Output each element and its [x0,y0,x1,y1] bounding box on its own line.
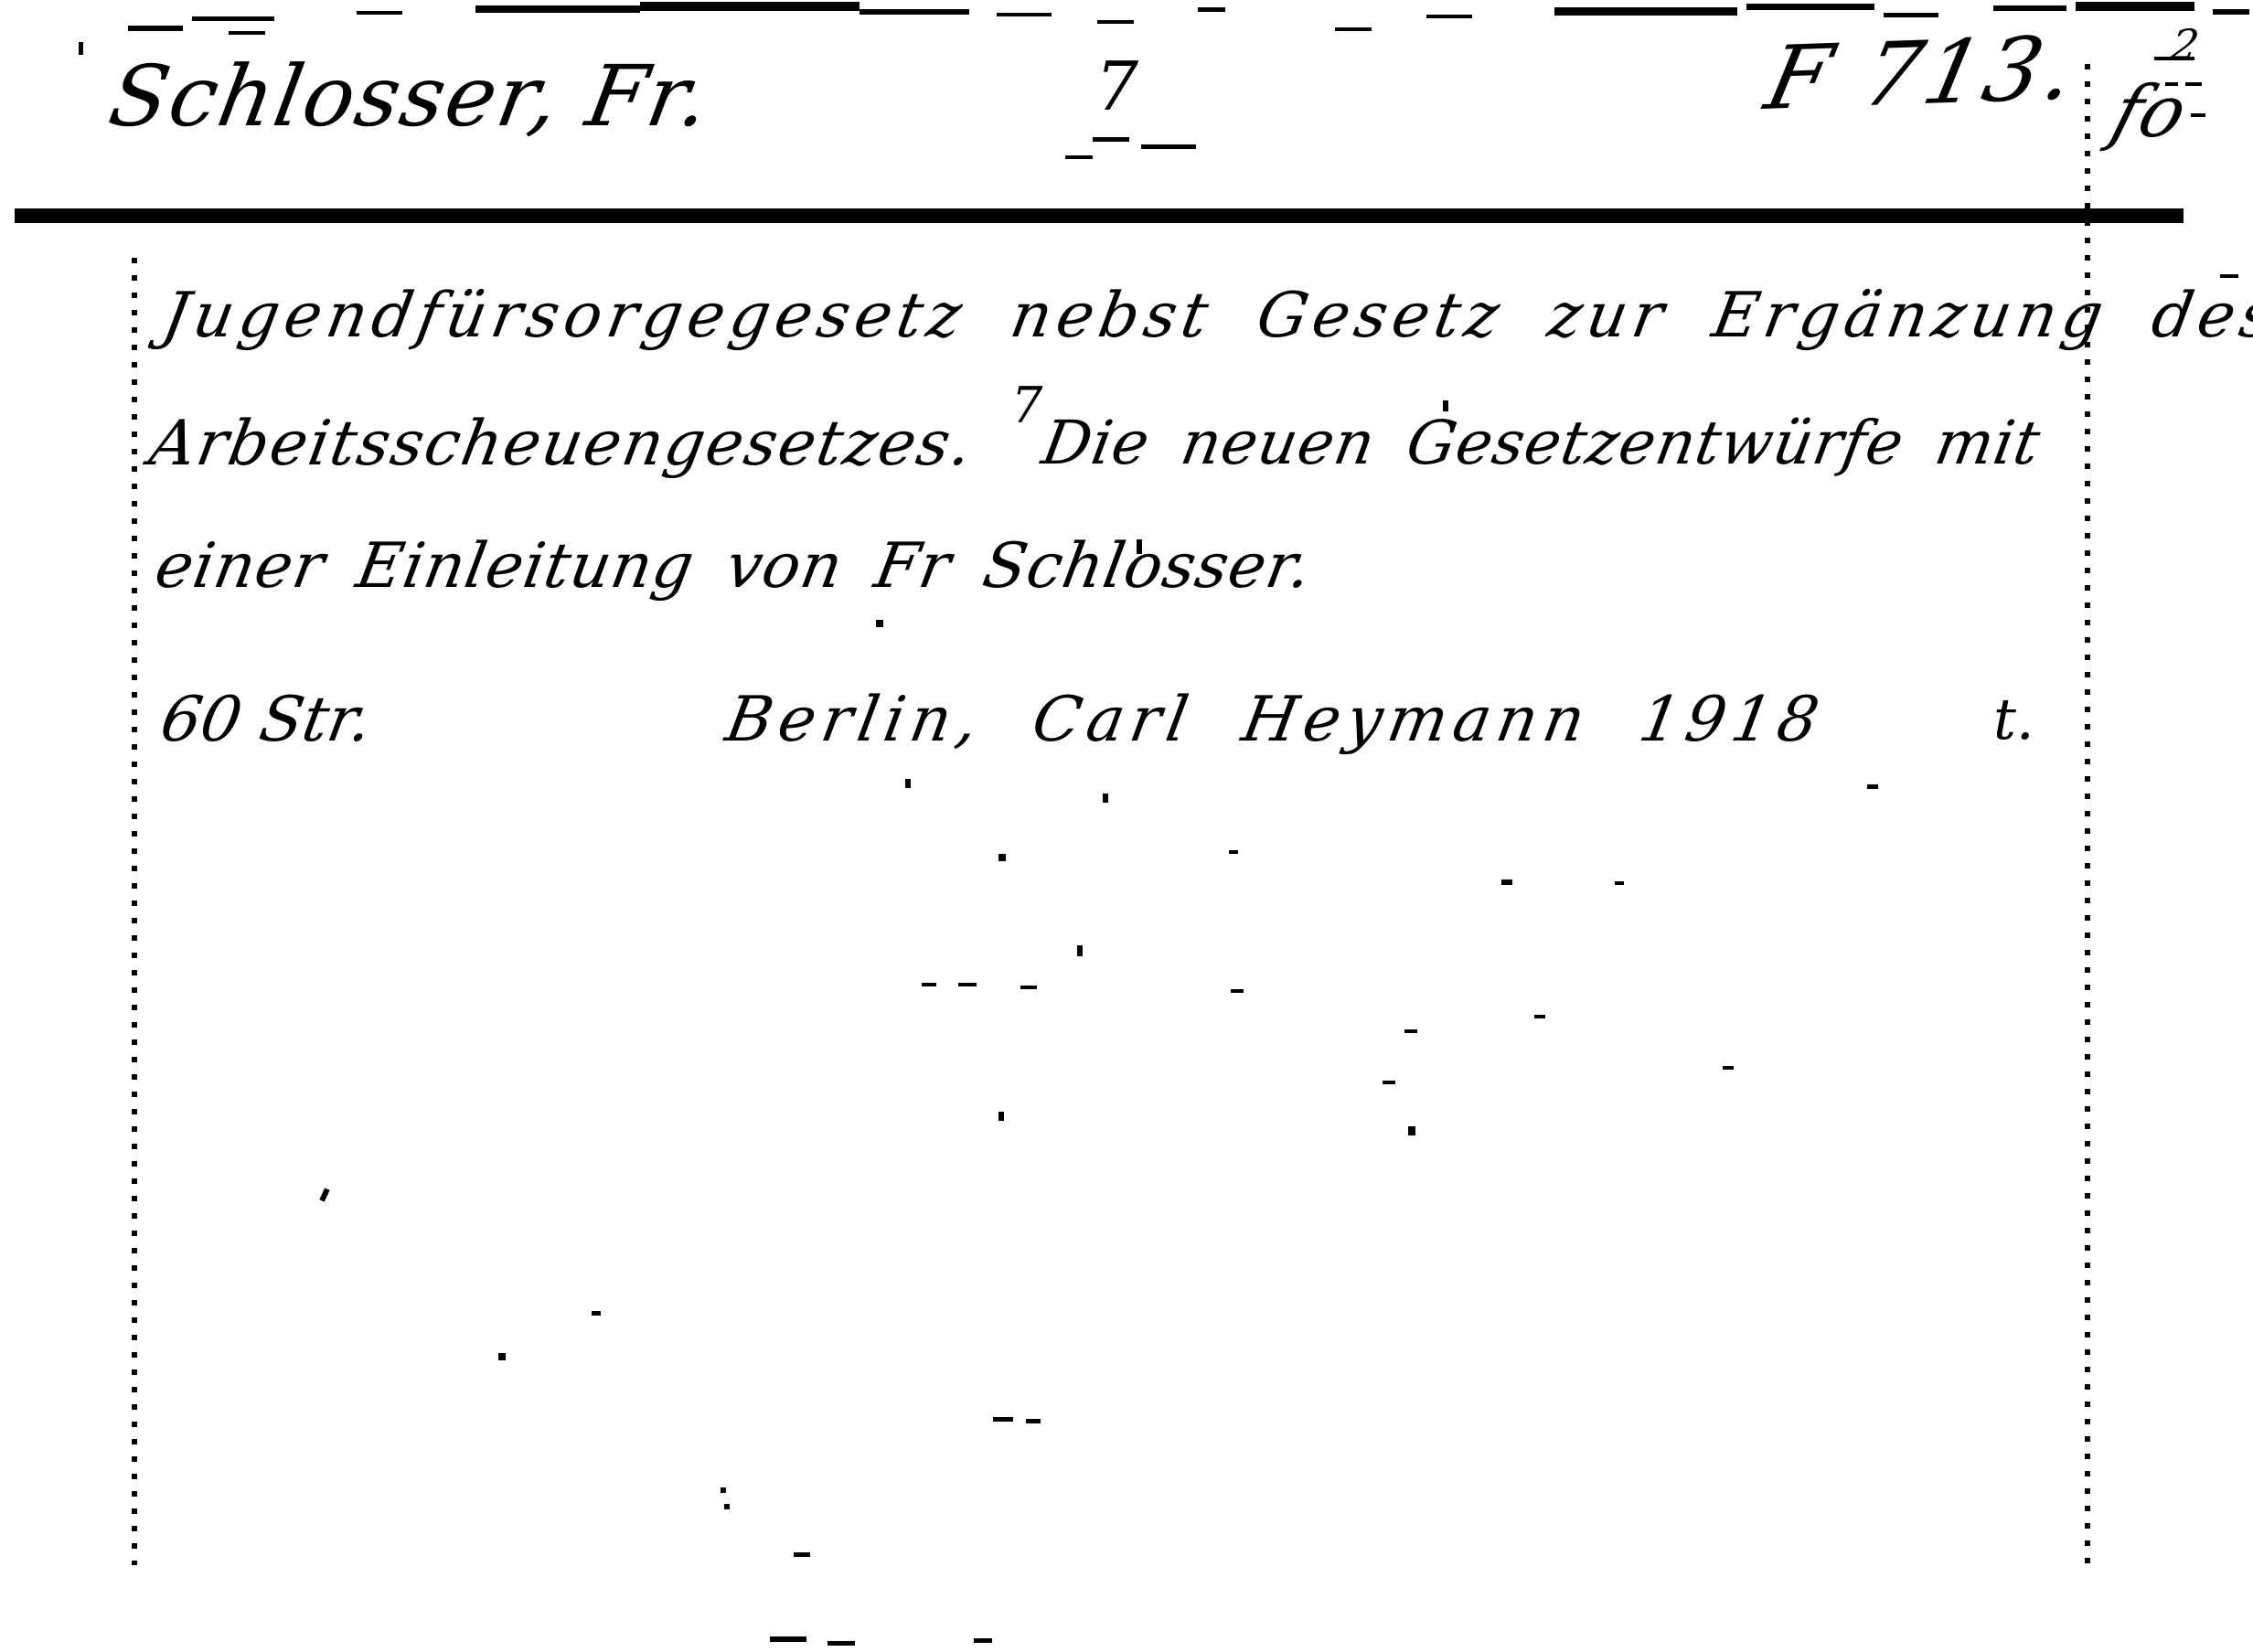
title-line-2a: Arbeitsscheuengesetzes. [144,408,979,480]
scan-noise-mark [229,31,265,35]
scan-noise-mark [1534,1015,1545,1018]
title-line-3: einer Einleitung von Fr Schlosser. [150,530,1318,602]
scan-noise-mark [1615,881,1624,885]
extent-note: 60 Str. [155,684,378,756]
scan-noise-mark [721,1487,726,1493]
format-note: t. [1993,686,2034,752]
scan-noise-mark [1383,1081,1395,1084]
scan-noise-mark [998,854,1006,861]
scan-noise-mark [1426,15,1472,18]
author-heading: Schlosser, Fr. [102,48,719,145]
scan-noise-mark [1408,1126,1415,1135]
scan-noise-mark [1993,5,2066,11]
scan-noise-mark [498,1353,506,1360]
title-line-2b: Die neuen Gesetzentwürfe mit [1037,408,2046,478]
scan-noise-mark [640,2,860,11]
catalog-card: Schlosser, Fr. 7 F 713. 2 fo Jugendfürso… [0,0,2253,1652]
scan-noise-mark [993,1417,1013,1422]
scan-noise-mark [357,11,402,15]
scan-noise-mark [2165,82,2178,86]
scan-noise-mark [1746,4,1874,10]
corner-format-mark: fo [2103,71,2196,154]
scan-noise-mark [475,5,640,13]
scan-noise-mark [860,9,969,15]
scan-noise-mark [1335,27,1372,31]
scan-noise-mark [1198,7,1225,12]
scan-noise-mark [1137,539,1142,554]
scan-noise-mark [2185,82,2202,86]
scan-noise-mark [79,42,83,55]
scan-noise-mark [876,620,883,627]
scan-noise-mark [1554,7,1737,16]
scan-noise-mark [1501,879,1512,885]
scan-noise-mark [1020,986,1037,989]
scan-noise-mark [770,1636,806,1642]
scan-noise-mark [1103,794,1108,803]
imprint: Berlin, Carl Heymann 1918 [721,684,1831,756]
scan-noise-mark [922,983,936,986]
scan-noise-mark [2220,274,2238,278]
scan-noise-mark [998,1112,1004,1121]
shelfmark: F 713. [1757,16,2088,130]
insertion-mark: 7 [1011,377,1042,434]
scan-noise-mark [997,13,1052,16]
scan-noise-mark [724,1504,730,1509]
scan-noise-mark [592,1311,601,1316]
scan-noise-mark [1077,945,1083,956]
page-number: 7 [1095,48,1138,126]
scan-noise-mark [1443,400,1448,411]
scan-noise-mark [1065,155,1093,159]
scan-noise-mark [958,983,977,986]
scan-noise-mark [828,1641,855,1646]
scan-noise-mark [1093,137,1129,142]
scan-noise-mark [1867,784,1878,789]
scan-noise-mark [128,26,183,31]
corner-number: 2 [2167,20,2203,69]
scan-noise-mark [905,779,911,788]
scan-noise-mark [1884,13,1938,17]
scan-noise-mark [2191,113,2205,117]
scan-noise-mark [2076,2,2194,11]
scan-noise-mark [1026,1419,1041,1423]
scan-noise-mark [2213,9,2249,15]
header-rule [15,208,2184,223]
scan-noise-mark [1231,989,1244,993]
scan-noise-mark [1097,20,1134,24]
scan-noise-mark [1404,1029,1417,1033]
scan-noise-mark [1141,144,1196,149]
title-line-1: Jugendfürsorgegesetz nebst Gesetz zur Er… [157,280,2253,352]
scan-noise-mark [192,16,274,21]
scan-noise-mark [2154,57,2194,60]
scan-noise-mark [794,1552,810,1557]
scan-noise-mark [1723,1066,1734,1070]
scan-noise-mark [1229,850,1238,854]
scan-noise-mark [974,1638,992,1643]
left-dotted-border [132,258,137,1565]
scan-noise-mark [319,1188,329,1201]
